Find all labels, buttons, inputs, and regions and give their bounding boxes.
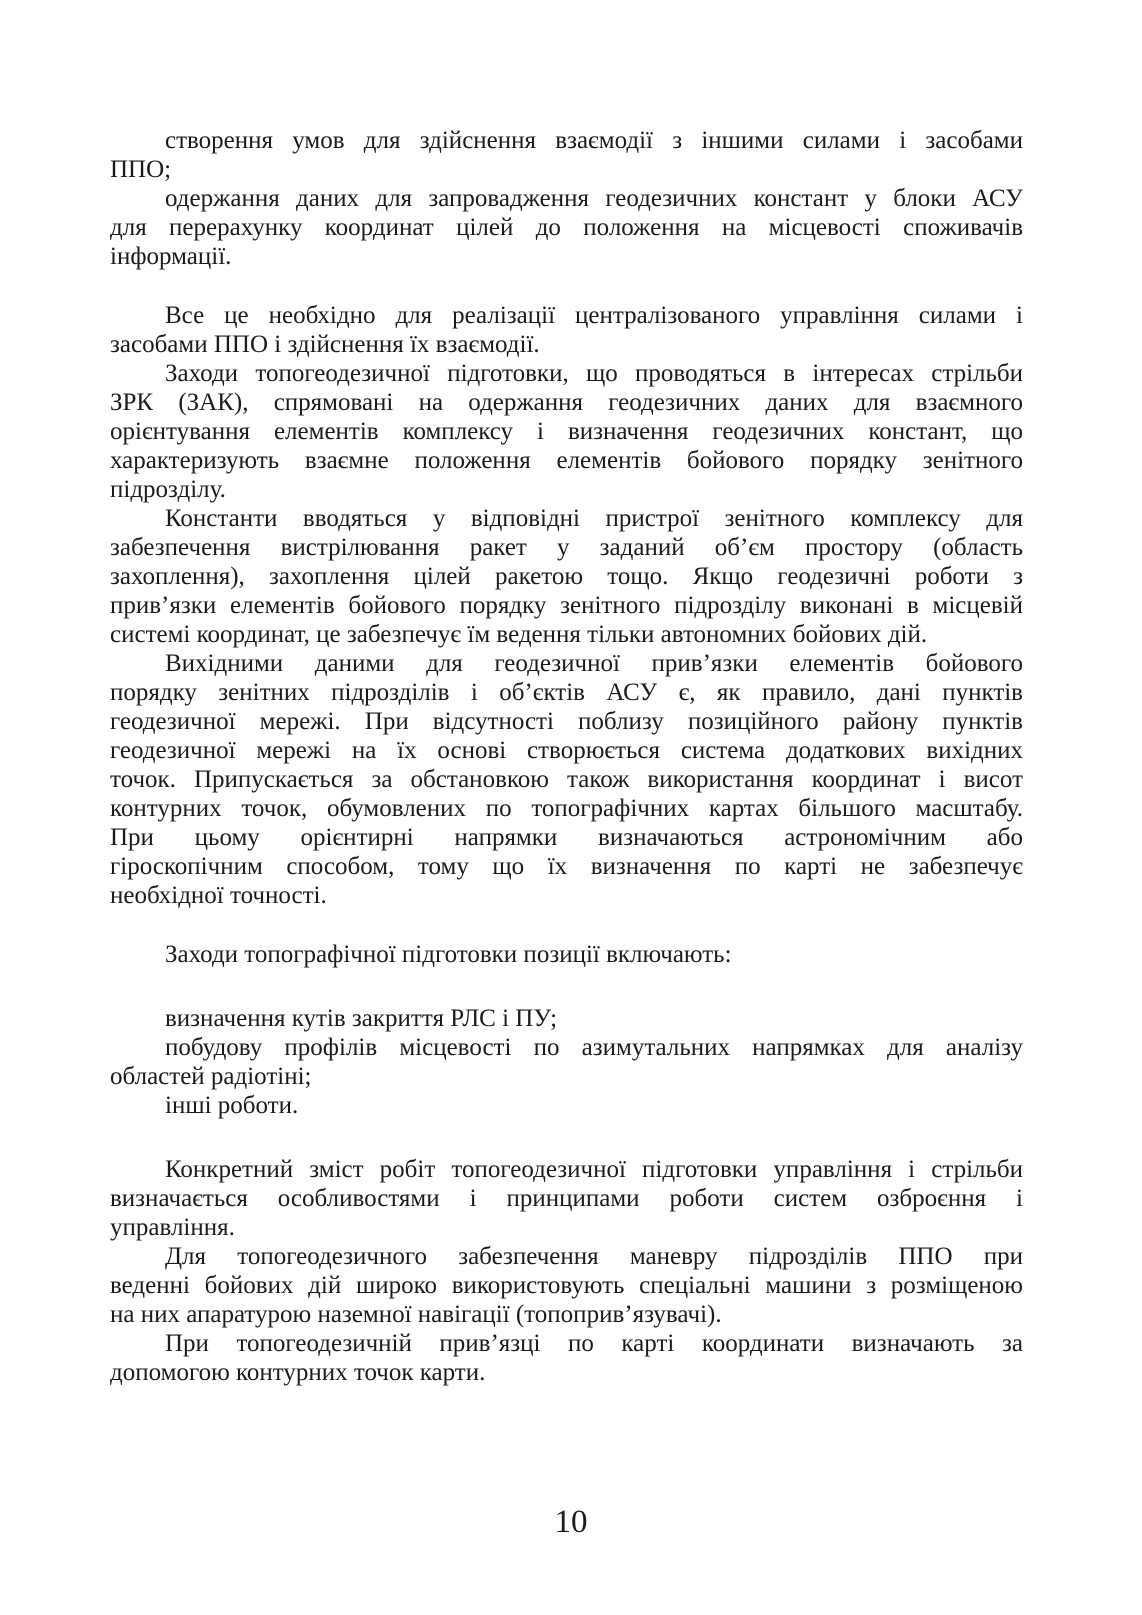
paragraph: Вихідними даними для геодезичної прив’яз… [110,649,1023,910]
text-line: Вихідними даними для геодезичної прив’яз… [110,649,1023,678]
paragraph: Заходи топографічної підготовки позиції … [110,940,1023,969]
text-line: точок. Припускається за обстановкою тако… [110,765,1023,794]
paragraph: побудову профілів місцевості по азимутал… [110,1033,1023,1091]
text-line: визначення кутів закриття РЛС і ПУ; [110,1004,1023,1033]
paragraph: Для топогеодезичного забезпечення маневр… [110,1242,1023,1329]
text-line: забезпечення вистрілювання ракет у задан… [110,533,1023,562]
paragraph: Заходи топогеодезичної підготовки, що пр… [110,359,1023,504]
text-line: областей радіотіні; [110,1062,1023,1091]
text-line: підрозділу. [110,475,1023,504]
text-line: Заходи топографічної підготовки позиції … [110,940,1023,969]
text-line: Для топогеодезичного забезпечення маневр… [110,1242,1023,1271]
text-line: необхідної точності. [110,881,1023,910]
text-line: одержання даних для запровадження геодез… [110,184,1023,213]
text-line: ППО; [110,155,1023,184]
text-line: При топогеодезичній прив’язці по карті к… [110,1329,1023,1358]
text-line: орієнтування елементів комплексу і визна… [110,417,1023,446]
text-line: на них апаратурою наземної навігації (то… [110,1300,1023,1329]
text-line: порядку зенітних підрозділів і об’єктів … [110,678,1023,707]
text-line: При цьому орієнтирні напрямки визначають… [110,823,1023,852]
paragraph: Конкретний зміст робіт топогеодезичної п… [110,1155,1023,1242]
text-line: контурних точок, обумовлених по топограф… [110,794,1023,823]
text-line: інформації. [110,242,1023,271]
paragraph: Константи вводяться у відповідні пристро… [110,504,1023,649]
page-number: 10 [0,1504,1142,1540]
text-block: створення умов для здійснення взаємодії … [110,126,1023,1387]
paragraph: визначення кутів закриття РЛС і ПУ; [110,1004,1023,1033]
text-line: ЗРК (ЗАК), спрямовані на одержання геоде… [110,388,1023,417]
text-line: характеризують взаємне положення елемент… [110,446,1023,475]
paragraph: інші роботи. [110,1091,1023,1120]
text-line: Все це необхідно для реалізації централі… [110,301,1023,330]
text-line: веденні бойових дій широко використовуют… [110,1271,1023,1300]
paragraph: При топогеодезичній прив’язці по карті к… [110,1329,1023,1387]
paragraph: Все це необхідно для реалізації централі… [110,301,1023,359]
text-line: інші роботи. [110,1091,1023,1120]
text-line: системі координат, це забезпечує їм веде… [110,620,1023,649]
text-line: Конкретний зміст робіт топогеодезичної п… [110,1155,1023,1184]
text-line: Константи вводяться у відповідні пристро… [110,504,1023,533]
text-line: управління. [110,1213,1023,1242]
paragraph: одержання даних для запровадження геодез… [110,184,1023,271]
text-line: геодезичної мережі на їх основі створюєт… [110,736,1023,765]
text-line: прив’язки елементів бойового порядку зен… [110,591,1023,620]
text-line: визначається особливостями і принципами … [110,1184,1023,1213]
text-line: допомогою контурних точок карти. [110,1358,1023,1387]
text-line: захоплення), захоплення цілей ракетою то… [110,562,1023,591]
text-line: гіроскопічним способом, тому що їх визна… [110,852,1023,881]
text-line: створення умов для здійснення взаємодії … [110,126,1023,155]
text-line: побудову профілів місцевості по азимутал… [110,1033,1023,1062]
text-line: для перерахунку координат цілей до полож… [110,213,1023,242]
text-line: геодезичної мережі. При відсутності побл… [110,707,1023,736]
text-line: засобами ППО і здійснення їх взаємодії. [110,330,1023,359]
paragraph: створення умов для здійснення взаємодії … [110,126,1023,184]
text-line: Заходи топогеодезичної підготовки, що пр… [110,359,1023,388]
document-page: створення умов для здійснення взаємодії … [0,0,1142,1615]
